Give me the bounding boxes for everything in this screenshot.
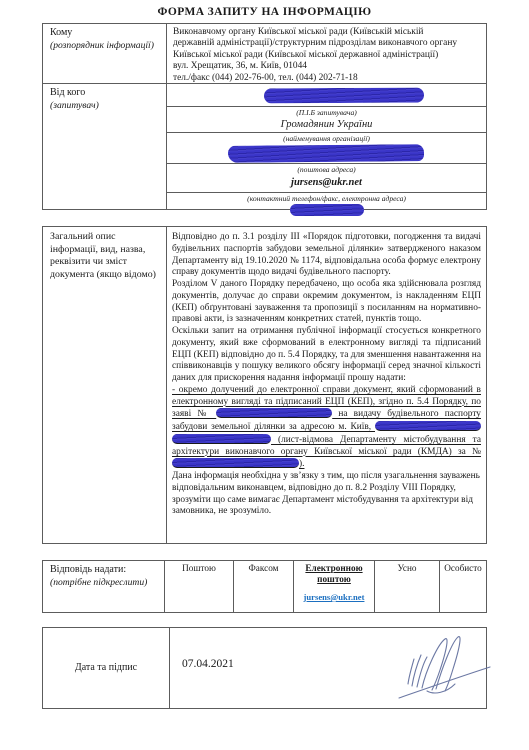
date-label: Дата та підпис — [75, 662, 137, 675]
to-line: тел./факс (044) 202-76-00, тел. (044) 20… — [173, 73, 481, 84]
description-label-cell: Загальний опис інформації, вид, назва, р… — [43, 227, 166, 543]
form-title: ФОРМА ЗАПИТУ НА ІНФОРМАЦІЮ — [0, 6, 529, 18]
description-label: Загальний опис інформації, вид, назва, р… — [50, 231, 162, 281]
to-line: Київської міської ради (Київської місько… — [173, 50, 481, 61]
requester-name-subrow — [167, 84, 486, 106]
option-post: Поштою — [164, 561, 233, 612]
reply-label-note: (потрібне підкреслити) — [50, 577, 160, 589]
addressee-table: Кому (розпорядник інформації) Виконавчом… — [42, 23, 487, 210]
redaction-letter-number — [172, 458, 299, 468]
paragraph-request-item: - окремо долучений до електронної справи… — [172, 385, 481, 471]
reply-email-link[interactable]: jursens@ukr.net — [294, 592, 374, 603]
handwritten-signature — [398, 632, 494, 704]
requester-org-subrow: (П.І.Б запитувача) Громадянин України — [167, 106, 486, 132]
contact-caption: (контактний телефон/факс, електронна адр… — [167, 193, 486, 204]
option-fax: Факсом — [233, 561, 293, 612]
to-line: Виконавчому органу Київської міської рад… — [173, 27, 481, 38]
from-label-cell: Від кого (запитувач) — [43, 84, 166, 210]
redaction-address-part-2 — [172, 434, 271, 444]
requester-phone-subrow: (контактний телефон/факс, електронна адр… — [167, 192, 486, 210]
from-row: Від кого (запитувач) (П.І.Б запитувача) … — [43, 83, 486, 210]
reply-label: Відповідь надати: — [50, 564, 160, 577]
date-signature-table: Дата та підпис 07.04.2021 — [42, 627, 487, 709]
from-label: Від кого — [50, 87, 162, 100]
to-line: вул. Хрещатик, 36, м. Київ, 01044 — [173, 61, 481, 72]
redaction-phone — [290, 204, 364, 216]
from-label-note: (запитувач) — [50, 100, 162, 112]
request-form-page: ФОРМА ЗАПИТУ НА ІНФОРМАЦІЮ Кому (розпоря… — [0, 0, 529, 750]
option-email-selected: Електронною поштою — [305, 563, 362, 584]
citizen-text: Громадянин України — [167, 118, 486, 131]
description-body-cell: Відповідно до п. 3.1 розділу III «Порядо… — [166, 227, 486, 543]
description-row: Загальний опис інформації, вид, назва, р… — [43, 227, 486, 543]
option-email-cell: Електронною поштою jursens@ukr.net — [293, 561, 374, 612]
option-oral: Усно — [374, 561, 439, 612]
date-signature-row: Дата та підпис 07.04.2021 — [43, 628, 486, 708]
requester-postal-subrow: (найменування організації) — [167, 132, 486, 163]
redaction-address-part-1 — [375, 421, 481, 431]
request-seg-4: ). — [299, 459, 304, 469]
redaction-application-number — [216, 408, 332, 418]
description-table: Загальний опис інформації, вид, назва, р… — [42, 226, 487, 544]
to-label-note: (розпорядник інформації) — [50, 40, 162, 52]
date-label-cell: Дата та підпис — [43, 628, 169, 708]
requester-email-subrow: (поштова адреса) jursens@ukr.net — [167, 163, 486, 192]
redaction-postal-address — [228, 144, 424, 163]
redaction-requester-name — [264, 88, 424, 104]
paragraph-section-v: Розділом V даного Порядку передбачено, щ… — [172, 279, 481, 326]
to-line: державній адміністрації)/структурним під… — [173, 38, 481, 49]
reply-label-cell: Відповідь надати: (потрібне підкреслити) — [43, 561, 164, 612]
reply-method-table: Відповідь надати: (потрібне підкреслити)… — [42, 560, 487, 613]
to-content-cell: Виконавчому органу Київської міської рад… — [166, 24, 486, 83]
postal-caption: (поштова адреса) — [167, 164, 486, 175]
name-caption: (П.І.Б запитувача) — [167, 107, 486, 118]
from-content-cell: (П.І.Б запитувача) Громадянин України (н… — [166, 84, 486, 210]
reply-method-row: Відповідь надати: (потрібне підкреслити)… — [43, 561, 486, 612]
requester-email[interactable]: jursens@ukr.net — [167, 175, 486, 188]
to-row: Кому (розпорядник інформації) Виконавчом… — [43, 24, 486, 83]
option-in-person: Особисто — [439, 561, 486, 612]
paragraph-procedure: Відповідно до п. 3.1 розділу III «Порядо… — [172, 232, 481, 279]
paragraph-purpose: Дана інформація необхідна у зв’язку з ти… — [172, 471, 481, 518]
date-value: 07.04.2021 — [182, 658, 234, 670]
paragraph-reasoning: Оскільки запит на отримання публічної ін… — [172, 326, 481, 385]
org-caption: (найменування організації) — [167, 133, 486, 144]
to-label-cell: Кому (розпорядник інформації) — [43, 24, 166, 83]
date-value-cell: 07.04.2021 — [169, 628, 486, 708]
to-label: Кому — [50, 27, 162, 40]
